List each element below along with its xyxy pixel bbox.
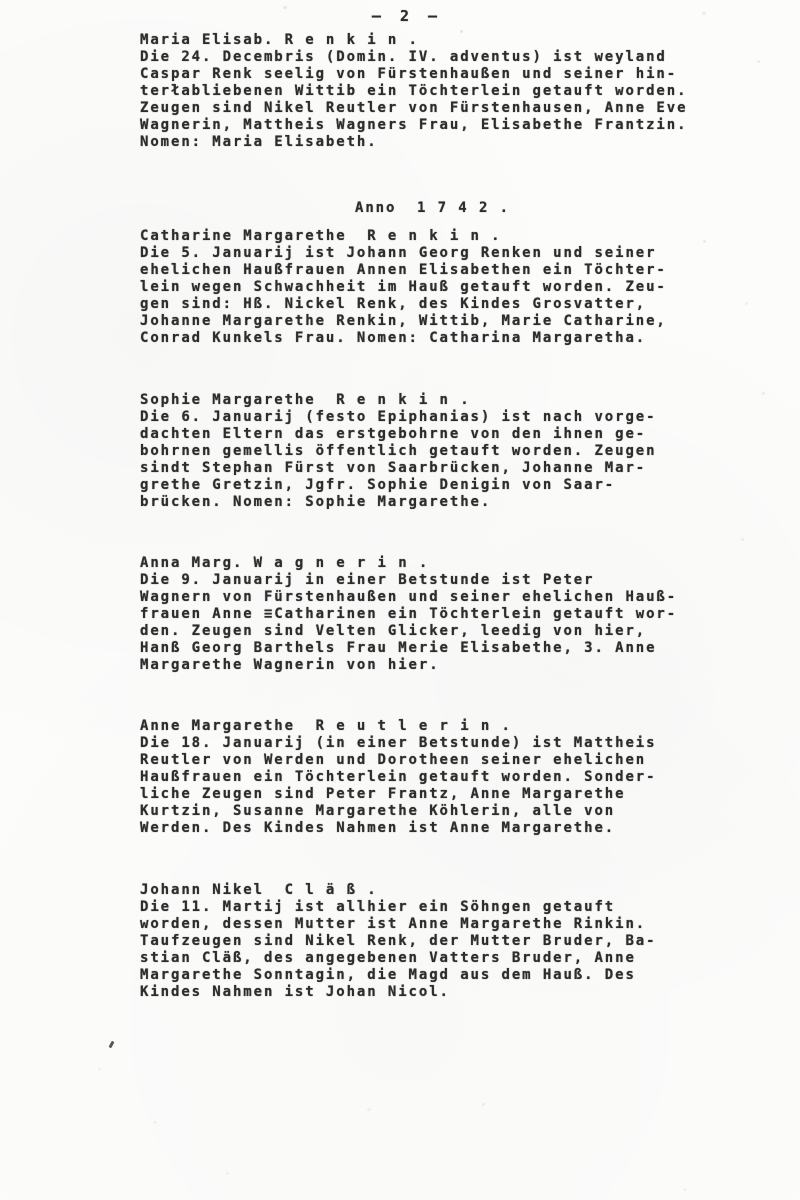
entry-line: sindt Stephan Fürst von Saarbrücken, Joh…: [140, 460, 760, 477]
entry-line: Kindes Nahmen ist Johan Nicol.: [140, 984, 760, 1001]
scan-speck: [226, 1172, 229, 1175]
scan-speck: [741, 538, 744, 541]
entry-line: Conrad Kunkels Frau. Nomen: Catharina Ma…: [140, 330, 760, 347]
entry-line: gen sind: Hß. Nickel Renk, des Kindes Gr…: [140, 296, 760, 313]
entry-heading: Catharine Margarethe R e n k i n .: [140, 228, 760, 245]
entry-line: bohrnen gemellis öffentlich getauft word…: [140, 443, 760, 460]
entries-container: Maria Elisab. R e n k i n .Die 24. Decem…: [140, 25, 760, 1001]
entry-line: Margarethe Wagnerin von hier.: [140, 657, 760, 674]
baptism-entry: Catharine Margarethe R e n k i n .Die 5.…: [140, 228, 760, 347]
scan-speck: [702, 12, 706, 15]
entry-line: Johanne Margarethe Renkin, Wittib, Marie…: [140, 313, 760, 330]
scan-speck: [703, 240, 706, 243]
scan-speck: [109, 1041, 115, 1049]
baptism-entry: Johann Nikel C l ä ß .Die 11. Martij ist…: [140, 882, 760, 1001]
entry-line: Die 9. Januarij in einer Betstunde ist P…: [140, 572, 760, 589]
entry-heading: Maria Elisab. R e n k i n .: [140, 32, 760, 49]
scan-speck: [683, 1188, 687, 1191]
baptism-entry: Sophie Margarethe R e n k i n .Die 6. Ja…: [140, 392, 760, 511]
entry-line: lein wegen Schwachheit im Hauß getauft w…: [140, 279, 760, 296]
entry-line: Kurtzin, Susanne Margarethe Köhlerin, al…: [140, 803, 760, 820]
entry-line: Reutler von Werden und Dorotheen seiner …: [140, 752, 760, 769]
entry-line: stian Cläß, des angegebenen Vatters Brud…: [140, 950, 760, 967]
entry-line: liche Zeugen sind Peter Frantz, Anne Mar…: [140, 786, 760, 803]
entry-heading: Anna Marg. W a g n e r i n .: [140, 555, 760, 572]
scan-speck: [482, 1103, 485, 1106]
scan-speck: [283, 6, 287, 9]
year-heading: Anno 1 7 4 2 .: [355, 200, 760, 217]
scan-speck: [460, 30, 463, 33]
entry-line: den. Zeugen sind Velten Glicker, leedig …: [140, 623, 760, 640]
entry-line: Wagnerin, Mattheis Wagners Frau, Elisabe…: [140, 117, 760, 134]
entry-line: grethe Gretzin, Jgfr. Sophie Denigin von…: [140, 477, 760, 494]
entry-line: terłabliebenen Wittib ein Töchterlein ge…: [140, 83, 760, 100]
entry-line: Haußfrauen ein Töchterlein getauft worde…: [140, 769, 760, 786]
baptism-entry: Maria Elisab. R e n k i n .Die 24. Decem…: [140, 32, 760, 151]
entry-line: Die 5. Januarij ist Johann Georg Renken …: [140, 245, 760, 262]
scan-speck: [762, 392, 765, 395]
entry-line: brücken. Nomen: Sophie Margarethe.: [140, 494, 760, 511]
entry-line: Hanß Georg Barthels Frau Merie Elisabeth…: [140, 640, 760, 657]
entry-line: ehelichen Haußfrauen Annen Elisabethen e…: [140, 262, 760, 279]
entry-line: Taufzeugen sind Nikel Renk, der Mutter B…: [140, 933, 760, 950]
entry-line: Caspar Renk seelig von Fürstenhaußen und…: [140, 66, 760, 83]
entry-line: Nomen: Maria Elisabeth.: [140, 134, 760, 151]
scan-speck: [153, 1121, 157, 1124]
entry-line: frauen Anne ≡Catharinen ein Töchterlein …: [140, 606, 760, 623]
entry-line: Die 18. Januarij (in einer Betstunde) is…: [140, 735, 760, 752]
scan-speck: [757, 60, 760, 63]
page-number: – 2 –: [0, 8, 800, 25]
entry-heading: Sophie Margarethe R e n k i n .: [140, 392, 760, 409]
entry-line: worden, dessen Mutter ist Anne Margareth…: [140, 916, 760, 933]
baptism-entry: Anna Marg. W a g n e r i n .Die 9. Janua…: [140, 555, 760, 674]
scan-speck: [98, 1068, 101, 1071]
entry-line: Zeugen sind Nikel Reutler von Fürstenhau…: [140, 100, 760, 117]
scanned-register-page: – 2 – Maria Elisab. R e n k i n .Die 24.…: [0, 0, 800, 1200]
entry-line: Die 11. Martij ist allhier ein Söhngen g…: [140, 899, 760, 916]
entry-line: Wagnern von Fürstenhaußen und seiner ehe…: [140, 589, 760, 606]
baptism-entry: Anne Margarethe R e u t l e r i n .Die 1…: [140, 718, 760, 837]
entry-line: Margarethe Sonntagin, die Magd aus dem H…: [140, 967, 760, 984]
entry-line: Die 6. Januarij (festo Epiphanias) ist n…: [140, 409, 760, 426]
entry-heading: Johann Nikel C l ä ß .: [140, 882, 760, 899]
entry-heading: Anne Margarethe R e u t l e r i n .: [140, 718, 760, 735]
scan-speck: [367, 1108, 371, 1111]
entry-line: Werden. Des Kindes Nahmen ist Anne Marga…: [140, 820, 760, 837]
entry-line: Die 24. Decembris (Domin. IV. adventus) …: [140, 49, 760, 66]
entry-line: dachten Eltern das erstgebohrne von den …: [140, 426, 760, 443]
scan-speck: [745, 302, 748, 305]
